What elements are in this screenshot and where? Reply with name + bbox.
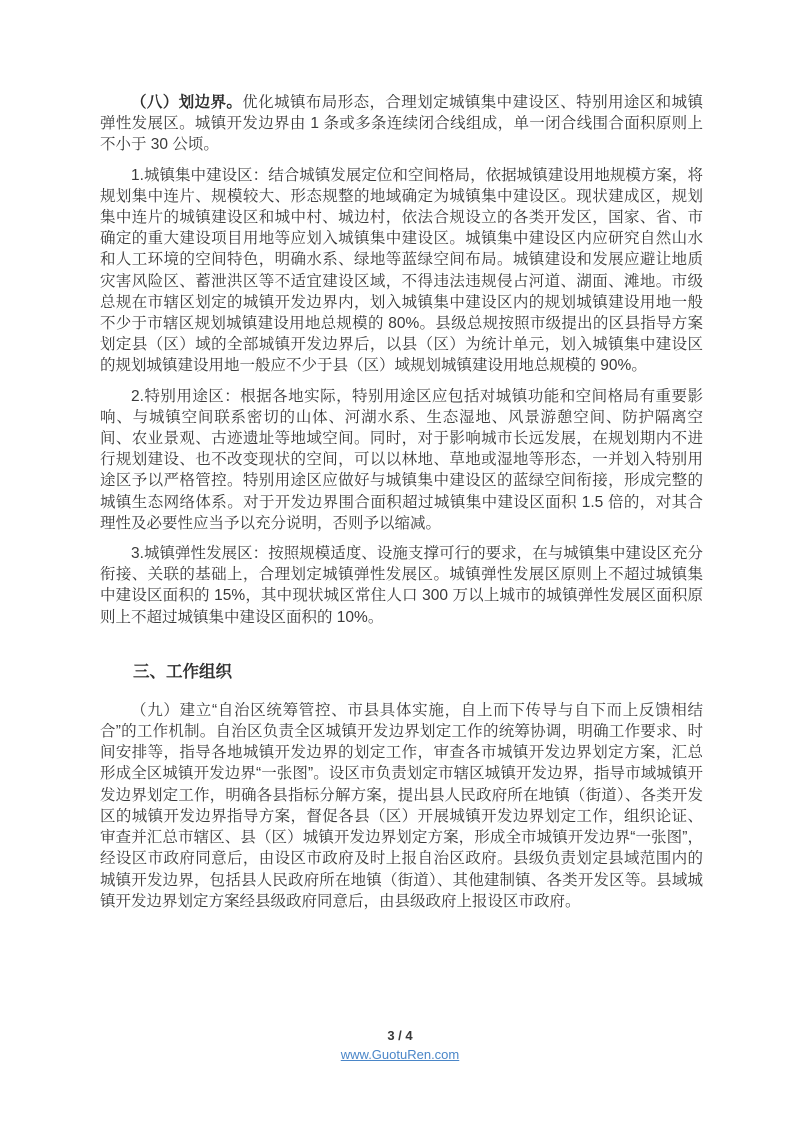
paragraph-item1-jizhong-jianshequ: 1.城镇集中建设区：结合城镇发展定位和空间格局，依据城镇建设用地规模方案，将规划… [100,165,703,377]
paragraph-8-huabianjie: （八）划边界。优化城镇布局形态，合理划定城镇集中建设区、特别用途区和城镇弹性发展… [100,92,703,156]
document-page: （八）划边界。优化城镇布局形态，合理划定城镇集中建设区、特别用途区和城镇弹性发展… [0,0,800,1132]
site-link[interactable]: www.GuotuRen.com [341,1047,460,1063]
document-body: （八）划边界。优化城镇布局形态，合理划定城镇集中建设区、特别用途区和城镇弹性发展… [100,92,703,921]
paragraph-8-bold-lead: （八）划边界。 [131,94,242,111]
paragraph-item3-tanxing-fazhanqu: 3.城镇弹性发展区：按照规模适度、设施支撑可行的要求，在与城镇集中建设区充分衔接… [100,543,703,628]
section-heading-gongzuo-zuzhi: 三、工作组织 [100,661,703,683]
page-number: 3 / 4 [0,1028,800,1044]
page-footer: 3 / 4 www.GuotuRen.com [0,1028,800,1064]
paragraph-item2-tebie-yongtuqu: 2.特别用途区：根据各地实际，特别用途区应包括对城镇功能和空间格局有重要影响、与… [100,386,703,534]
paragraph-9-gongzuo-jizhi: （九）建立“自治区统筹管控、市县具体实施，自上而下传导与自下而上反馈相结合”的工… [100,700,703,912]
